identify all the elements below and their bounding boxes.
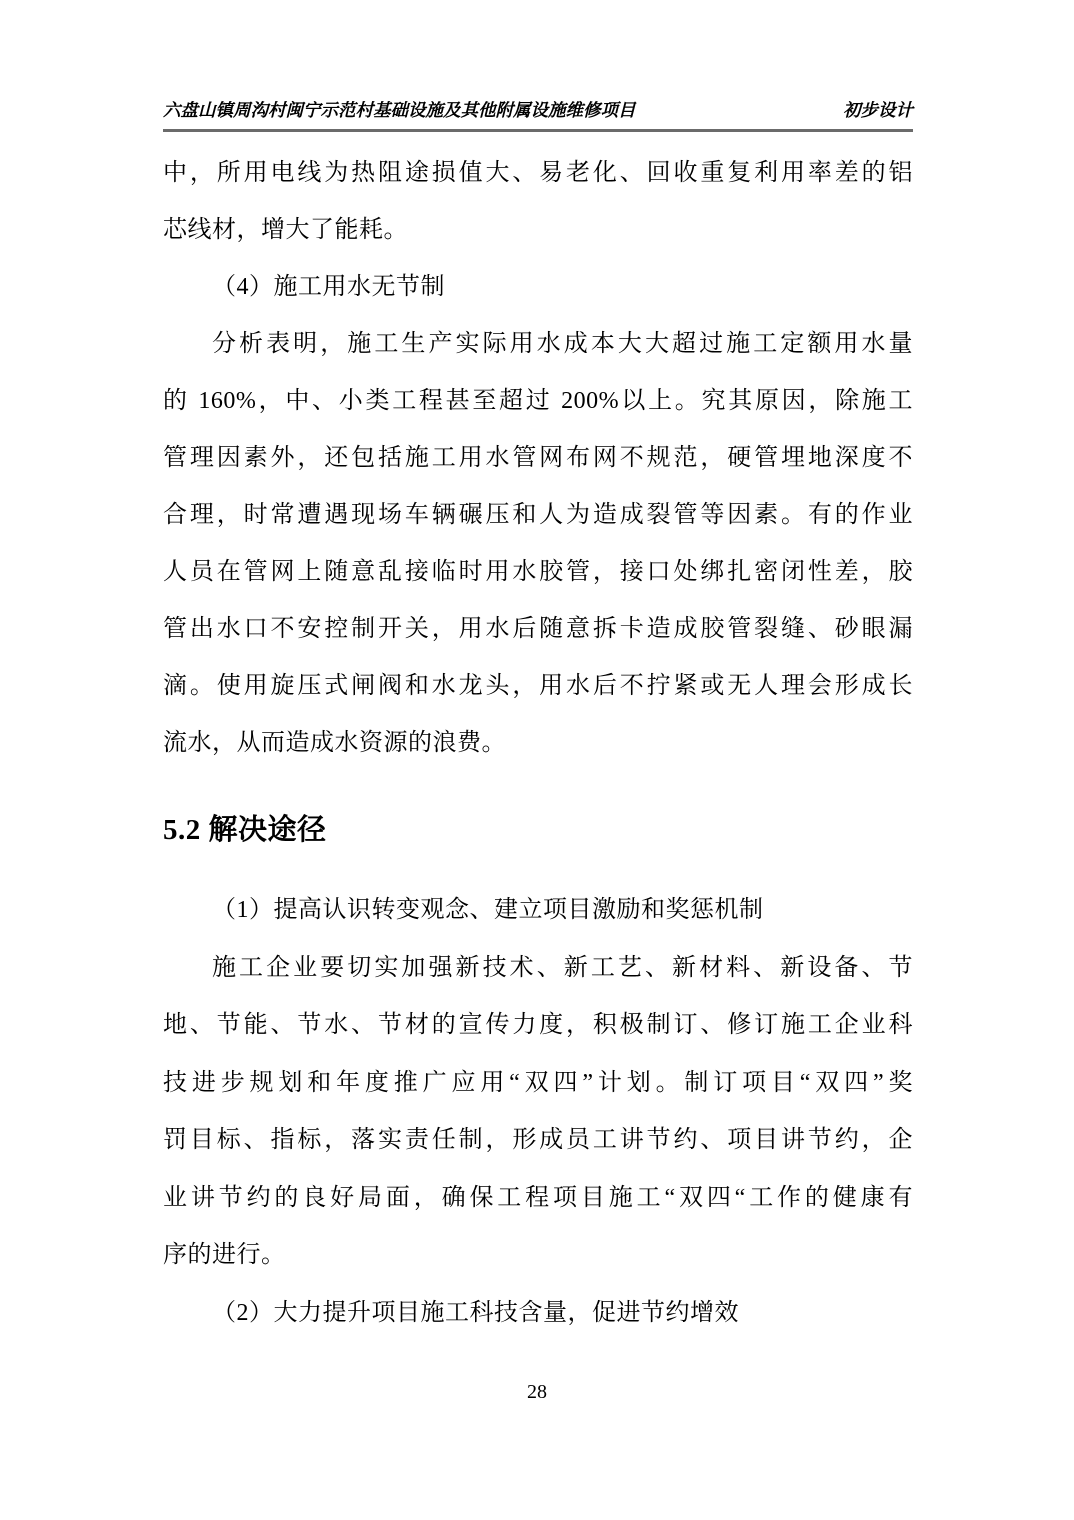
text-line: 流水，从而造成水资源的浪费。 — [163, 715, 913, 772]
header-rule — [163, 129, 913, 132]
text-line: 的 160%，中、小类工程甚至超过 200%以上。究其原因，除施工 — [163, 373, 913, 430]
text-line: 中，所用电线为热阻途损值大、易老化、回收重复利用率差的铝 — [163, 145, 913, 202]
header-project-title: 六盘山镇周沟村闽宁示范村基础设施及其他附属设施维修项目 — [163, 99, 636, 121]
text-line: 管出水口不安控制开关，用水后随意拆卡造成胶管裂缝、砂眼漏 — [163, 601, 913, 658]
text-line: 管理因素外，还包括施工用水管网布网不规范，硬管埋地深度不 — [163, 430, 913, 487]
text-line: 芯线材，增大了能耗。 — [163, 202, 913, 259]
text-line: 滴。使用旋压式闸阀和水龙头，用水后不拧紧或无人理会形成长 — [163, 658, 913, 715]
body-section-problems: 中，所用电线为热阻途损值大、易老化、回收重复利用率差的铝芯线材，增大了能耗。（4… — [163, 145, 913, 772]
document-page: 六盘山镇周沟村闽宁示范村基础设施及其他附属设施维修项目 初步设计 中，所用电线为… — [0, 0, 1074, 1520]
body-section-solutions: （1）提高认识转变观念、建立项目激励和奖惩机制施工企业要切实加强新技术、新工艺、… — [163, 882, 913, 1342]
text-line: 技进步规划和年度推广应用“双四”计划。制订项目“双四”奖 — [163, 1055, 913, 1113]
page-number: 28 — [0, 1378, 1074, 1406]
text-line: 合理，时常遭遇现场车辆碾压和人为造成裂管等因素。有的作业 — [163, 487, 913, 544]
text-line: 罚目标、指标，落实责任制，形成员工讲节约、项目讲节约，企 — [163, 1112, 913, 1170]
text-line: 业讲节约的良好局面，确保工程项目施工“双四“工作的健康有 — [163, 1170, 913, 1228]
text-line: 施工企业要切实加强新技术、新工艺、新材料、新设备、节 — [163, 940, 913, 998]
text-line: 地、节能、节水、节材的宣传力度，积极制订、修订施工企业科 — [163, 997, 913, 1055]
text-line: （4）施工用水无节制 — [163, 259, 913, 316]
page-header: 六盘山镇周沟村闽宁示范村基础设施及其他附属设施维修项目 初步设计 — [163, 99, 913, 121]
text-line: （2）大力提升项目施工科技含量，促进节约增效 — [163, 1285, 913, 1343]
text-line: 人员在管网上随意乱接临时用水胶管，接口处绑扎密闭性差，胶 — [163, 544, 913, 601]
text-line: 序的进行。 — [163, 1227, 913, 1285]
text-line: （1）提高认识转变观念、建立项目激励和奖惩机制 — [163, 882, 913, 940]
text-line: 分析表明，施工生产实际用水成本大大超过施工定额用水量 — [163, 316, 913, 373]
header-doc-type: 初步设计 — [843, 99, 913, 121]
section-heading: 5.2 解决途径 — [163, 807, 327, 853]
